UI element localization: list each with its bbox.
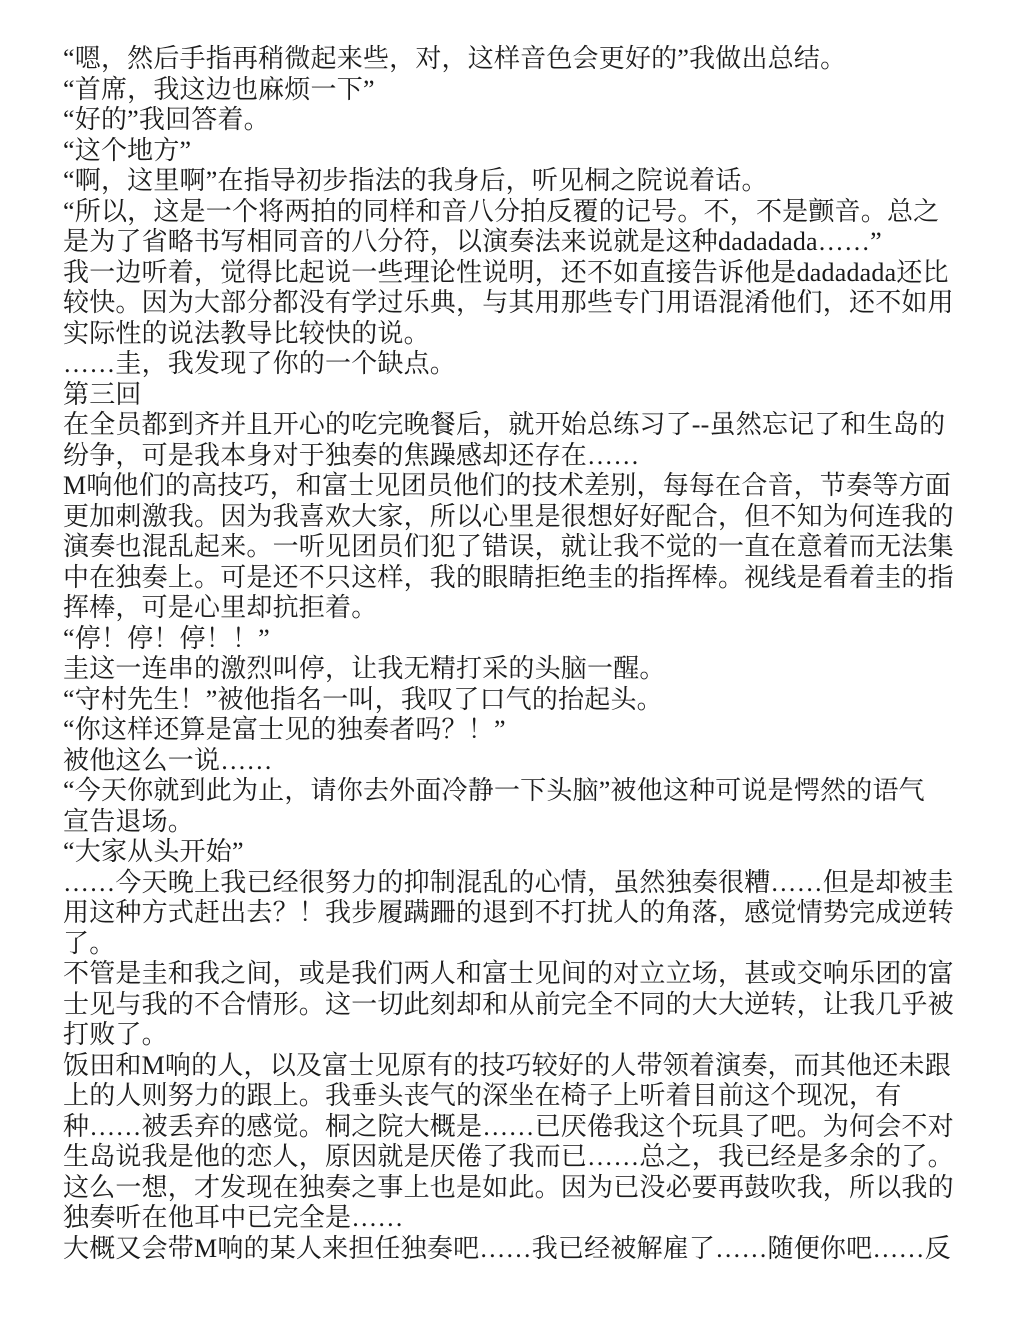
text-line: “停！停！停！！” bbox=[63, 624, 963, 655]
text-line: 更加刺激我。因为我喜欢大家，所以心里是很想好好配合，但不知为何连我的 bbox=[63, 502, 963, 533]
text-line: 打败了。 bbox=[63, 1020, 963, 1051]
text-line: 挥棒，可是心里却抗拒着。 bbox=[63, 593, 963, 624]
text-line: “首席，我这边也麻烦一下” bbox=[63, 75, 963, 106]
text-line: 纷争，可是我本身对于独奏的焦躁感却还存在…… bbox=[63, 441, 963, 472]
text-line: 生岛说我是他的恋人，原因就是厌倦了我而已……总之，我已经是多余的了。 bbox=[63, 1142, 963, 1173]
text-line: “大家从头开始” bbox=[63, 837, 963, 868]
text-line: M响他们的高技巧，和富士见团员他们的技术差别，每每在合音，节奏等方面 bbox=[63, 471, 963, 502]
text-line: 士见与我的不合情形。这一切此刻却和从前完全不同的大大逆转，让我几乎被 bbox=[63, 990, 963, 1021]
text-line: 宣告退场。 bbox=[63, 807, 963, 838]
text-line: 大概又会带M响的某人来担任独奏吧……我已经被解雇了……随便你吧……反 bbox=[63, 1234, 963, 1265]
text-line: 我一边听着，觉得比起说一些理论性说明，还不如直接告诉他是dadadada还比 bbox=[63, 258, 963, 289]
text-line: 是为了省略书写相同音的八分符，以演奏法来说就是这种dadadada……” bbox=[63, 227, 963, 258]
text-line: “今天你就到此为止，请你去外面冷静一下头脑”被他这种可说是愕然的语气 bbox=[63, 776, 963, 807]
text-line: ……今天晚上我已经很努力的抑制混乱的心情，虽然独奏很糟……但是却被圭 bbox=[63, 868, 963, 899]
text-line: 不管是圭和我之间，或是我们两人和富士见间的对立立场，甚或交响乐团的富 bbox=[63, 959, 963, 990]
text-line: 较快。因为大部分都没有学过乐典，与其用那些专门用语混淆他们，还不如用 bbox=[63, 288, 963, 319]
text-line: 了。 bbox=[63, 929, 963, 960]
text-line: 演奏也混乱起来。一听见团员们犯了错误，就让我不觉的一直在意着而无法集 bbox=[63, 532, 963, 563]
text-line: 实际性的说法教导比较快的说。 bbox=[63, 319, 963, 350]
text-line: ……圭，我发现了你的一个缺点。 bbox=[63, 349, 963, 380]
text-line: 圭这一连串的激烈叫停，让我无精打采的头脑一醒。 bbox=[63, 654, 963, 685]
text-line: 第三回 bbox=[63, 380, 963, 411]
novel-text-page: “嗯，然后手指再稍微起来些，对，这样音色会更好的”我做出总结。“首席，我这边也麻… bbox=[0, 0, 1021, 1321]
text-line: 种……被丢弃的感觉。桐之院大概是……已厌倦我这个玩具了吧。为何会不对 bbox=[63, 1112, 963, 1143]
text-line: “这个地方” bbox=[63, 136, 963, 167]
text-line: 在全员都到齐并且开心的吃完晚餐后，就开始总练习了--虽然忘记了和生岛的 bbox=[63, 410, 963, 441]
text-line: 中在独奏上。可是还不只这样，我的眼睛拒绝圭的指挥棒。视线是看着圭的指 bbox=[63, 563, 963, 594]
text-line: 被他这么一说…… bbox=[63, 746, 963, 777]
text-line: 独奏听在他耳中已完全是…… bbox=[63, 1203, 963, 1234]
text-line: 上的人则努力的跟上。我垂头丧气的深坐在椅子上听着目前这个现况，有 bbox=[63, 1081, 963, 1112]
document-page-body: { "page": { "background": "#ffffff", "te… bbox=[0, 0, 1021, 1321]
text-line: “守村先生！”被他指名一叫，我叹了口气的抬起头。 bbox=[63, 685, 963, 716]
text-line: 这么一想，才发现在独奏之事上也是如此。因为已没必要再鼓吹我，所以我的 bbox=[63, 1173, 963, 1204]
text-line: “啊，这里啊”在指导初步指法的我身后，听见桐之院说着话。 bbox=[63, 166, 963, 197]
text-line: 饭田和M响的人，以及富士见原有的技巧较好的人带领着演奏，而其他还未跟 bbox=[63, 1051, 963, 1082]
text-line: “嗯，然后手指再稍微起来些，对，这样音色会更好的”我做出总结。 bbox=[63, 44, 963, 75]
text-line: “好的”我回答着。 bbox=[63, 105, 963, 136]
text-line: “所以，这是一个将两拍的同样和音八分拍反覆的记号。不，不是颤音。总之 bbox=[63, 197, 963, 228]
text-line: “你这样还算是富士见的独奏者吗？！” bbox=[63, 715, 963, 746]
text-line: 用这种方式赶出去？！我步履蹒跚的退到不打扰人的角落，感觉情势完成逆转 bbox=[63, 898, 963, 929]
